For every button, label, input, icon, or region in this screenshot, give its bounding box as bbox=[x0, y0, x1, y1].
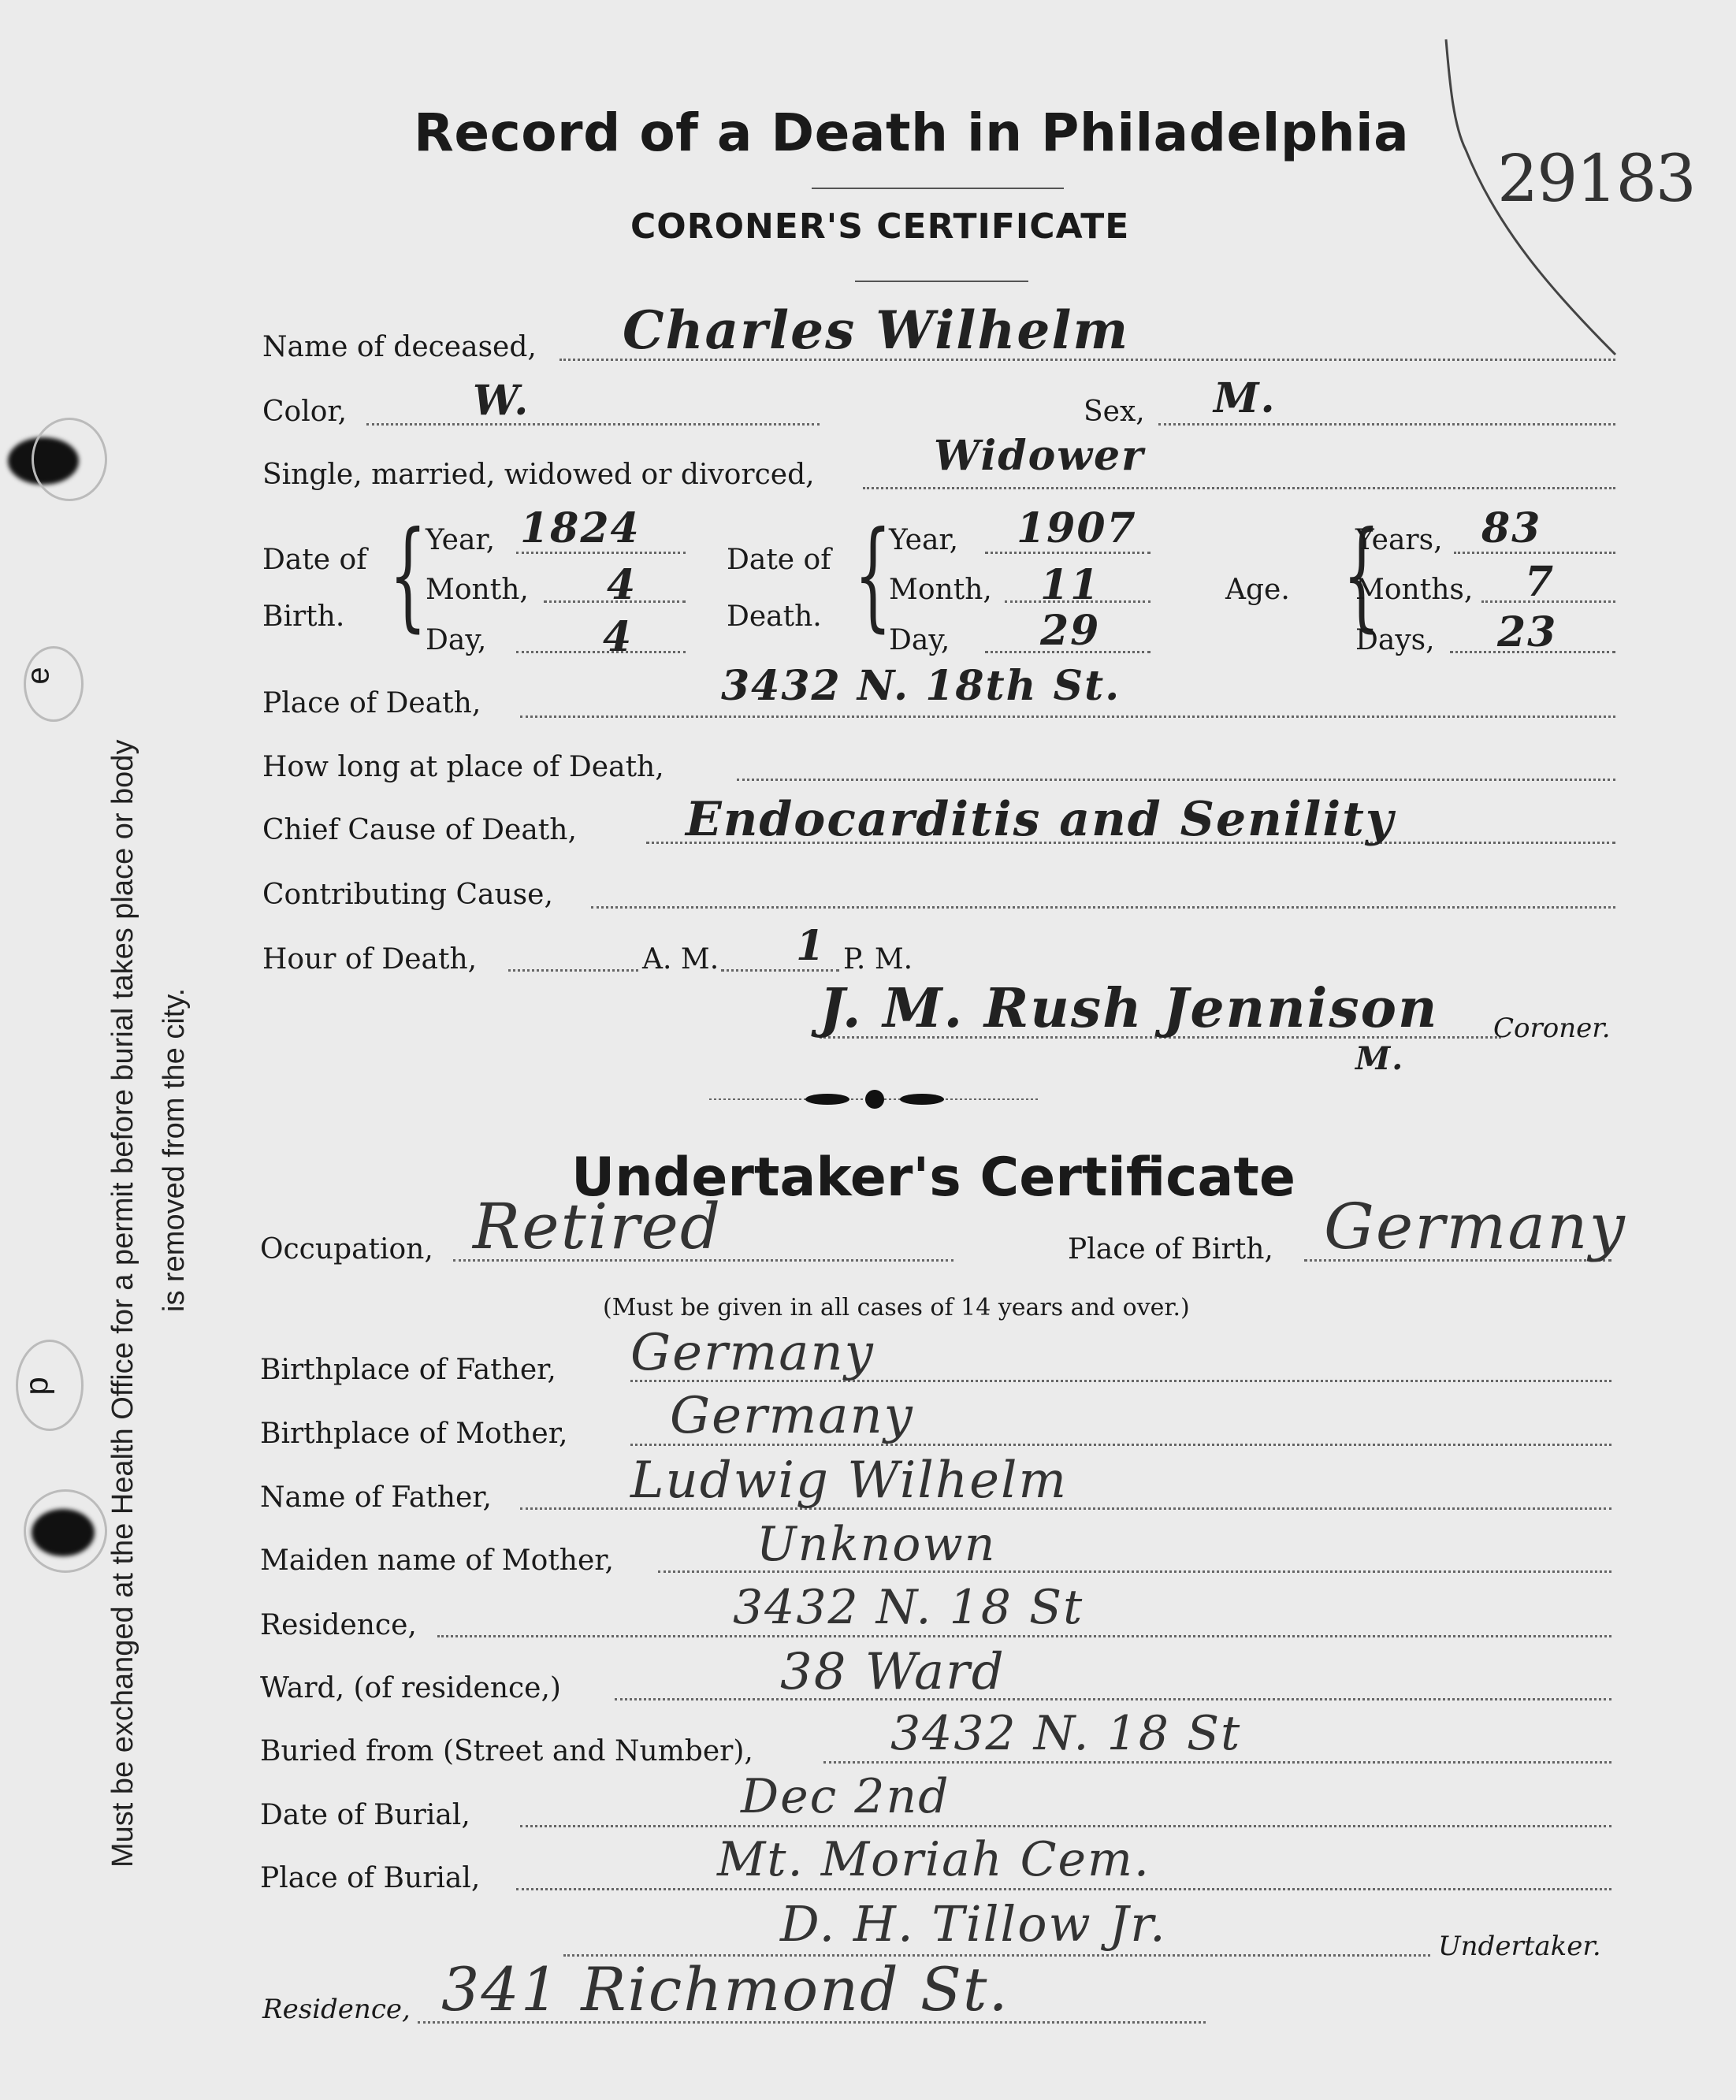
buried-from-value: 3432 N. 18 St bbox=[890, 1706, 1241, 1761]
ornamental-divider bbox=[709, 1083, 1040, 1115]
father-name-label: Name of Father, bbox=[260, 1481, 492, 1514]
buried-from-label: Buried from (Street and Number), bbox=[260, 1735, 753, 1767]
punch-letter-e: e bbox=[21, 667, 57, 684]
punch-hole bbox=[24, 1489, 107, 1573]
death-year-value: 1907 bbox=[1017, 504, 1137, 552]
death-year-label: Year, bbox=[889, 524, 958, 556]
mother-maiden-name-label: Maiden name of Mother, bbox=[260, 1544, 614, 1577]
deceased-name: Charles Wilhelm bbox=[623, 299, 1129, 361]
undertaker-residence-value: 341 Richmond St. bbox=[441, 1954, 1009, 2024]
father-birthplace-label: Birthplace of Father, bbox=[260, 1354, 556, 1386]
pencil-stroke bbox=[1418, 24, 1655, 496]
pm-label: P. M. bbox=[843, 943, 913, 976]
birth-date-label-top: Date of bbox=[262, 544, 367, 576]
sex-value: M. bbox=[1214, 374, 1277, 422]
sex-label: Sex, bbox=[1084, 396, 1145, 428]
death-date-label-top: Date of bbox=[727, 544, 831, 576]
color-value: W. bbox=[473, 377, 530, 425]
ward-value: 38 Ward bbox=[780, 1643, 1006, 1701]
residence-label: Residence, bbox=[260, 1609, 417, 1641]
death-date-label-bottom: Death. bbox=[727, 600, 822, 633]
occupation-label: Occupation, bbox=[260, 1233, 433, 1266]
coroner-signature-suffix: M. bbox=[1355, 1040, 1404, 1077]
coroner-signature: J. M. Rush Jennison bbox=[820, 977, 1438, 1040]
age-requirement-note: (Must be given in all cases of 14 years … bbox=[603, 1294, 1190, 1321]
birth-year-value: 1824 bbox=[520, 504, 641, 552]
how-long-label: How long at place of Death, bbox=[262, 751, 664, 783]
residence-value: 3432 N. 18 St bbox=[733, 1580, 1084, 1635]
ward-label: Ward, (of residence,) bbox=[260, 1672, 561, 1704]
death-month-label: Month, bbox=[889, 574, 992, 606]
color-label: Color, bbox=[262, 396, 347, 428]
age-years-value: 83 bbox=[1481, 504, 1541, 552]
undertaker-signature: D. H. Tillow Jr. bbox=[780, 1895, 1167, 1953]
side-note-line1: Must be exchanged at the Health Office f… bbox=[106, 740, 140, 1868]
birth-day-value: 4 bbox=[603, 613, 633, 661]
title-divider bbox=[812, 188, 1064, 189]
marital-status-label: Single, married, widowed or divorced, bbox=[262, 459, 815, 491]
age-months-label: Months, bbox=[1355, 574, 1473, 606]
birth-day-label: Day, bbox=[426, 624, 486, 656]
coroner-title: Coroner. bbox=[1493, 1013, 1611, 1044]
chief-cause-value: Endocarditis and Senility bbox=[686, 792, 1395, 847]
document-title: Record of a Death in Philadelphia bbox=[414, 102, 1409, 163]
mother-birthplace-label: Birthplace of Mother, bbox=[260, 1418, 567, 1450]
birth-year-label: Year, bbox=[426, 524, 495, 556]
punch-hole bbox=[32, 418, 107, 501]
coroner-certificate-heading: CORONER'S CERTIFICATE bbox=[630, 206, 1129, 247]
birth-date-label-bottom: Birth. bbox=[262, 600, 344, 633]
age-days-label: Days, bbox=[1355, 624, 1435, 656]
age-days-value: 23 bbox=[1497, 608, 1557, 656]
punch-letter-p: p bbox=[18, 1377, 56, 1395]
burial-place-value: Mt. Moriah Cem. bbox=[717, 1832, 1151, 1887]
death-month-value: 11 bbox=[1040, 561, 1100, 609]
place-of-birth-label: Place of Birth, bbox=[1068, 1233, 1273, 1266]
father-birthplace-value: Germany bbox=[630, 1324, 875, 1382]
birth-month-label: Month, bbox=[426, 574, 529, 606]
undertaker-title: Undertaker. bbox=[1438, 1931, 1601, 1962]
undertaker-residence-label: Residence, bbox=[262, 1994, 411, 2025]
occupation-value: Retired bbox=[473, 1190, 722, 1263]
father-name-value: Ludwig Wilhelm bbox=[630, 1451, 1068, 1510]
age-label: Age. bbox=[1225, 574, 1290, 606]
age-months-value: 7 bbox=[1525, 558, 1555, 606]
subtitle-divider bbox=[855, 281, 1028, 282]
death-day-value: 29 bbox=[1040, 607, 1100, 655]
death-day-label: Day, bbox=[889, 624, 950, 656]
am-label: A. M. bbox=[642, 943, 719, 976]
mother-maiden-name-value: Unknown bbox=[756, 1517, 996, 1572]
chief-cause-label: Chief Cause of Death, bbox=[262, 814, 577, 846]
place-of-death-value: 3432 N. 18th St. bbox=[721, 662, 1121, 710]
place-of-death-label: Place of Death, bbox=[262, 687, 481, 719]
name-label: Name of deceased, bbox=[262, 331, 537, 363]
birth-month-value: 4 bbox=[607, 561, 637, 609]
age-years-label: Years, bbox=[1355, 524, 1443, 556]
marital-status-value: Widower bbox=[934, 432, 1145, 480]
contributing-cause-label: Contributing Cause, bbox=[262, 879, 553, 911]
place-of-birth-value: Germany bbox=[1324, 1190, 1626, 1263]
hour-of-death-value: 1 bbox=[796, 922, 826, 970]
burial-date-value: Dec 2nd bbox=[741, 1769, 950, 1824]
mother-birthplace-value: Germany bbox=[670, 1387, 914, 1445]
burial-place-label: Place of Burial, bbox=[260, 1862, 480, 1894]
side-note-line2: is removed from the city. bbox=[158, 988, 191, 1312]
hour-of-death-label: Hour of Death, bbox=[262, 943, 477, 976]
burial-date-label: Date of Burial, bbox=[260, 1799, 470, 1831]
